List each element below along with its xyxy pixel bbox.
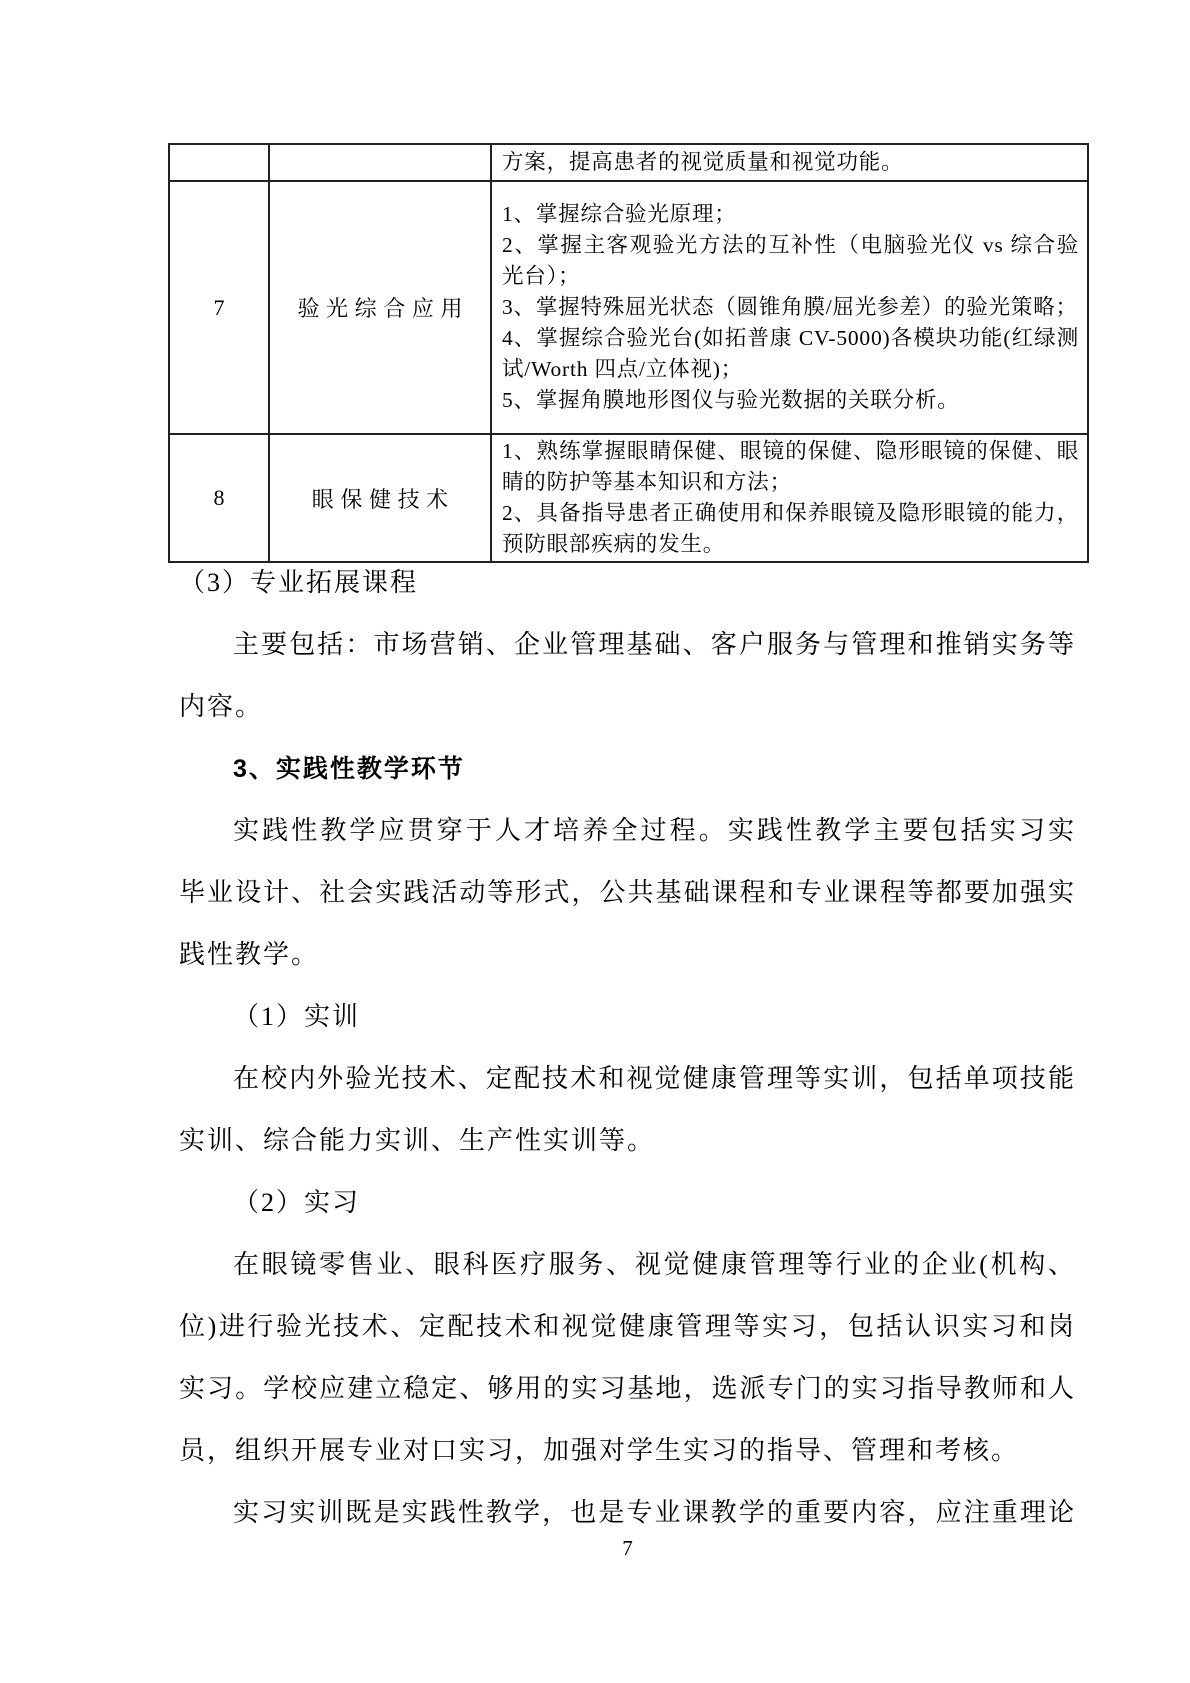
requirement-item: 2、具备指导患者正确使用和保养眼镜及隐形眼镜的能力，预防眼部疾病的发生。: [502, 498, 1079, 560]
subsection-heading: （1）实训: [179, 986, 1076, 1048]
subsection-heading: （3）专业拓展课程: [179, 552, 1076, 614]
course-name-cell: [269, 144, 491, 181]
page-number: 7: [179, 1528, 1076, 1568]
requirement-item: 方案，提高患者的视觉质量和视觉功能。: [502, 147, 1079, 178]
body-line: 实习。学校应建立稳定、够用的实习基地，选派专门的实习指导教师和人: [179, 1358, 1076, 1420]
course-name-cell: 验光综合应用: [269, 181, 491, 434]
body-line: 主要包括：市场营销、企业管理基础、客户服务与管理和推销实务等: [179, 614, 1076, 676]
course-table: 方案，提高患者的视觉质量和视觉功能。 7 验光综合应用 1、掌握综合验光原理； …: [168, 143, 1089, 563]
body-line: 践性教学。: [179, 924, 1076, 986]
body-line: 实践性教学应贯穿于人才培养全过程。实践性教学主要包括实习实训、: [179, 800, 1076, 862]
section-heading: 3、实践性教学环节: [179, 738, 1076, 800]
body-line: 在校内外验光技术、定配技术和视觉健康管理等实训，包括单项技能: [179, 1048, 1076, 1110]
body-line: 内容。: [179, 676, 1076, 738]
body-line: 在眼镜零售业、眼科医疗服务、视觉健康管理等行业的企业(机构、单: [179, 1234, 1076, 1296]
course-requirements-cell: 方案，提高患者的视觉质量和视觉功能。: [491, 144, 1088, 181]
course-name-cell: 眼保健技术: [269, 434, 491, 562]
course-requirements-cell: 1、掌握综合验光原理； 2、掌握主客观验光方法的互补性（电脑验光仪 vs 综合验…: [491, 181, 1088, 434]
subsection-heading: （2）实习: [179, 1172, 1076, 1234]
requirement-item: 1、掌握综合验光原理；: [502, 199, 1079, 230]
course-number-cell: 8: [169, 434, 269, 562]
requirement-item: 3、掌握特殊屈光状态（圆锥角膜/屈光参差）的验光策略；: [502, 292, 1079, 323]
table-row-continuation: 方案，提高患者的视觉质量和视觉功能。: [169, 144, 1088, 181]
document-page: { "table": { "rows": [ { "num": "", "nam…: [0, 0, 1190, 1683]
body-line: 实训、综合能力实训、生产性实训等。: [179, 1110, 1076, 1172]
requirement-item: 1、熟练掌握眼睛保健、眼镜的保健、隐形眼镜的保健、眼睛的防护等基本知识和方法；: [502, 436, 1079, 498]
course-number-cell: 7: [169, 181, 269, 434]
body-line: 员，组织开展专业对口实习，加强对学生实习的指导、管理和考核。: [179, 1420, 1076, 1482]
requirement-item: 2、掌握主客观验光方法的互补性（电脑验光仪 vs 综合验光台）；: [502, 230, 1079, 292]
table-row-7: 7 验光综合应用 1、掌握综合验光原理； 2、掌握主客观验光方法的互补性（电脑验…: [169, 181, 1088, 434]
course-number-cell: [169, 144, 269, 181]
requirement-item: 4、掌握综合验光台(如拓普康 CV-5000)各模块功能(红绿测试/Worth …: [502, 323, 1079, 385]
body-line: 毕业设计、社会实践活动等形式，公共基础课程和专业课程等都要加强实: [179, 862, 1076, 924]
course-requirements-cell: 1、熟练掌握眼睛保健、眼镜的保健、隐形眼镜的保健、眼睛的防护等基本知识和方法； …: [491, 434, 1088, 562]
body-line: 位)进行验光技术、定配技术和视觉健康管理等实习，包括认识实习和岗位: [179, 1296, 1076, 1358]
requirement-item: 5、掌握角膜地形图仪与验光数据的关联分析。: [502, 385, 1079, 416]
body-text: （3）专业拓展课程 主要包括：市场营销、企业管理基础、客户服务与管理和推销实务等…: [179, 552, 1076, 1544]
table-row-8: 8 眼保健技术 1、熟练掌握眼睛保健、眼镜的保健、隐形眼镜的保健、眼睛的防护等基…: [169, 434, 1088, 562]
